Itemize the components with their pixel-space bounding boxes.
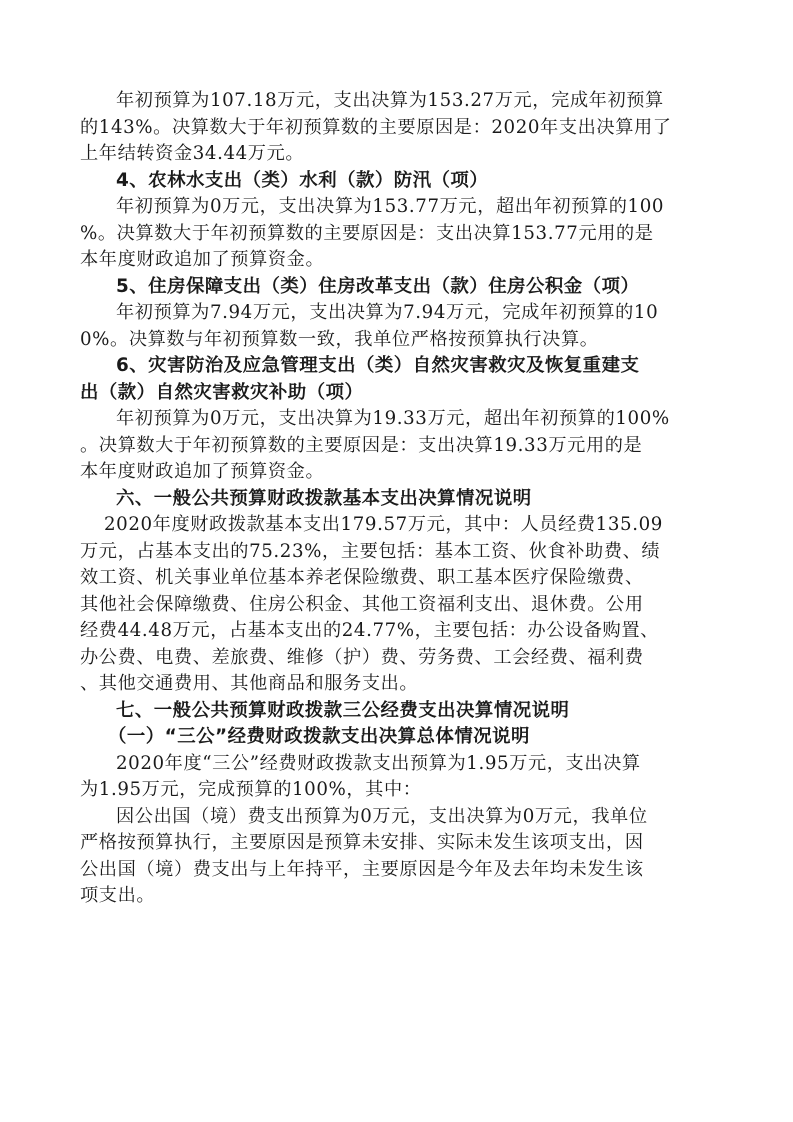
subsection-heading-one: （一）“三公”经费财政拨款支出决算总体情况说明 [80, 724, 714, 751]
section-heading-6-cont: 出（款）自然灾害救灾补助（项） [80, 380, 714, 407]
paragraph-line: %。决算数大于年初预算数的主要原因是：支出决算153.77元用的是 [80, 221, 714, 248]
paragraph-line: 2020年度财政拨款基本支出179.57万元，其中：人员经费135.09 [80, 512, 714, 539]
paragraph-line: 、其他交通费用、其他商品和服务支出。 [80, 671, 714, 698]
paragraph-line: 办公费、电费、差旅费、维修（护）费、劳务费、工会经费、福利费 [80, 645, 714, 672]
paragraph-line: 年初预算为107.18万元，支出决算为153.27万元，完成年初预算 [80, 88, 714, 115]
paragraph-line: 严格按预算执行，主要原因是预算未安排、实际未发生该项支出，因 [80, 830, 714, 857]
section-heading-6: 6、灾害防治及应急管理支出（类）自然灾害救灾及恢复重建支 [80, 353, 714, 380]
paragraph-line: 万元，占基本支出的75.23%，主要包括：基本工资、伙食补助费、绩 [80, 539, 714, 566]
paragraph-line: 0%。决算数与年初预算数一致，我单位严格按预算执行决算。 [80, 327, 714, 354]
paragraph-line: 2020年度“三公”经费财政拨款支出预算为1.95万元，支出决算 [80, 751, 714, 778]
paragraph-line: 本年度财政追加了预算资金。 [80, 459, 714, 486]
document-page: 年初预算为107.18万元，支出决算为153.27万元，完成年初预算 的143%… [80, 88, 714, 910]
paragraph-line: 经费44.48万元，占基本支出的24.77%，主要包括：办公设备购置、 [80, 618, 714, 645]
paragraph-line: 。决算数大于年初预算数的主要原因是：支出决算19.33万元用的是 [80, 433, 714, 460]
paragraph-line: 年初预算为7.94万元，支出决算为7.94万元，完成年初预算的10 [80, 300, 714, 327]
paragraph-line: 项支出。 [80, 883, 714, 910]
section-heading-six: 六、一般公共预算财政拨款基本支出决算情况说明 [80, 486, 714, 513]
section-heading-seven: 七、一般公共预算财政拨款三公经费支出决算情况说明 [80, 698, 714, 725]
paragraph-line: 其他社会保障缴费、住房公积金、其他工资福利支出、退休费。公用 [80, 592, 714, 619]
section-heading-5: 5、住房保障支出（类）住房改革支出（款）住房公积金（项） [80, 274, 714, 301]
paragraph-line: 因公出国（境）费支出预算为0万元，支出决算为0万元，我单位 [80, 804, 714, 831]
paragraph-line: 年初预算为0万元，支出决算为153.77万元，超出年初预算的100 [80, 194, 714, 221]
section-heading-4: 4、农林水支出（类）水利（款）防汛（项） [80, 168, 714, 195]
paragraph-line: 年初预算为0万元，支出决算为19.33万元，超出年初预算的100% [80, 406, 714, 433]
paragraph-line: 本年度财政追加了预算资金。 [80, 247, 714, 274]
paragraph-line: 公出国（境）费支出与上年持平，主要原因是今年及去年均未发生该 [80, 857, 714, 884]
paragraph-line: 上年结转资金34.44万元。 [80, 141, 714, 168]
paragraph-line: 效工资、机关事业单位基本养老保险缴费、职工基本医疗保险缴费、 [80, 565, 714, 592]
paragraph-line: 的143%。决算数大于年初预算数的主要原因是：2020年支出决算用了 [80, 115, 714, 142]
paragraph-line: 为1.95万元，完成预算的100%，其中： [80, 777, 714, 804]
